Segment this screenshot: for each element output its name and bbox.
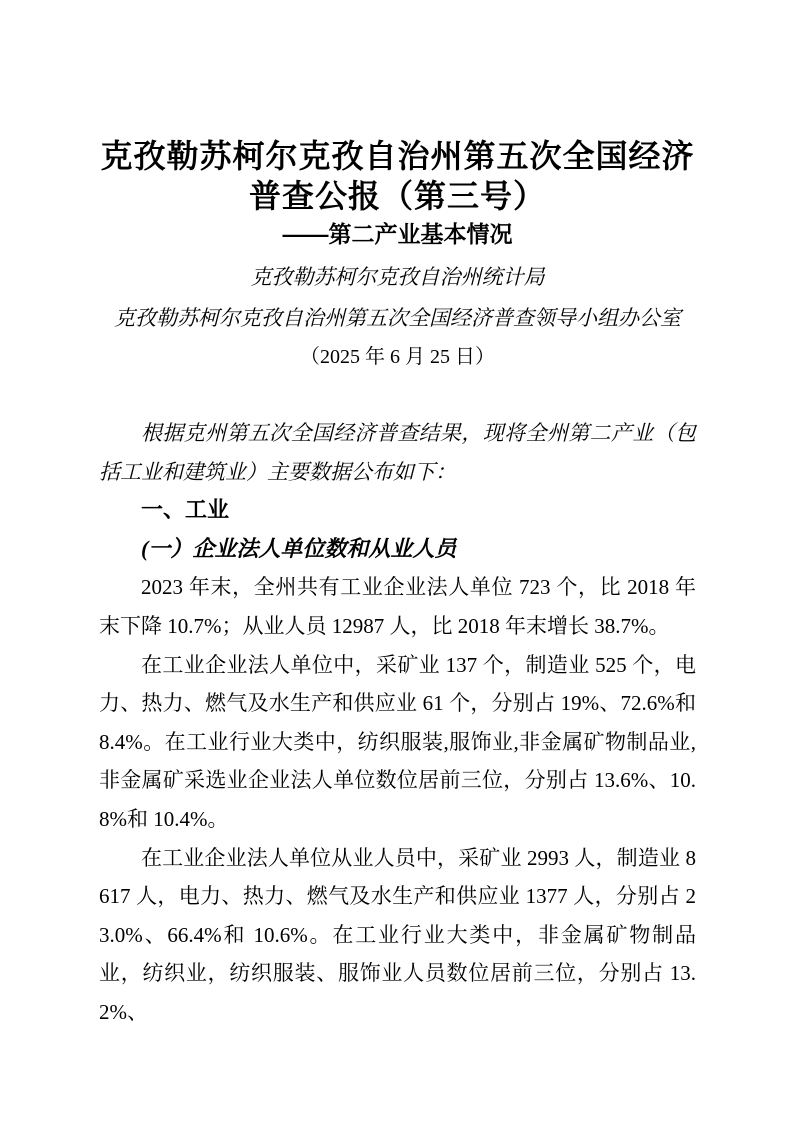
intro-paragraph: 根据克州第五次全国经济普查结果，现将全州第二产业（包括工业和建筑业）主要数据公布…	[99, 414, 696, 491]
document-title-line1: 克孜勒苏柯尔克孜自治州第五次全国经济	[100, 138, 694, 174]
subsection-heading-legal-entities-and-employees: (一）企业法人单位数和从业人员	[99, 530, 696, 569]
issuer-line-statistics-bureau: 克孜勒苏柯尔克孜自治州统计局	[99, 256, 696, 298]
paragraph-units-industry-breakdown: 在工业企业法人单位中，采矿业 137 个，制造业 525 个，电力、热力、燃气及…	[99, 646, 696, 839]
paragraph-employees-industry-breakdown: 在工业企业法人单位从业人员中，采矿业 2993 人，制造业 8617 人，电力、…	[99, 839, 696, 1032]
paragraph-units-and-employees-totals: 2023 年末，全州共有工业企业法人单位 723 个，比 2018 年末下降 1…	[99, 568, 696, 645]
issuer-line-census-leading-group-office: 克孜勒苏柯尔克孜自治州第五次全国经济普查领导小组办公室	[99, 298, 696, 338]
document-title-line2: 普查公报（第三号）	[249, 178, 546, 214]
document-date: （2025 年 6 月 25 日）	[99, 338, 696, 376]
document-page: 克孜勒苏柯尔克孜自治州第五次全国经济普查公报（第三号） ——第二产业基本情况 克…	[0, 0, 793, 1122]
section-heading-industry: 一、工业	[99, 491, 696, 530]
document-title: 克孜勒苏柯尔克孜自治州第五次全国经济普查公报（第三号）	[99, 136, 696, 216]
document-subtitle: ——第二产业基本情况	[99, 216, 696, 252]
document-body: 根据克州第五次全国经济普查结果，现将全州第二产业（包括工业和建筑业）主要数据公布…	[99, 414, 696, 1032]
